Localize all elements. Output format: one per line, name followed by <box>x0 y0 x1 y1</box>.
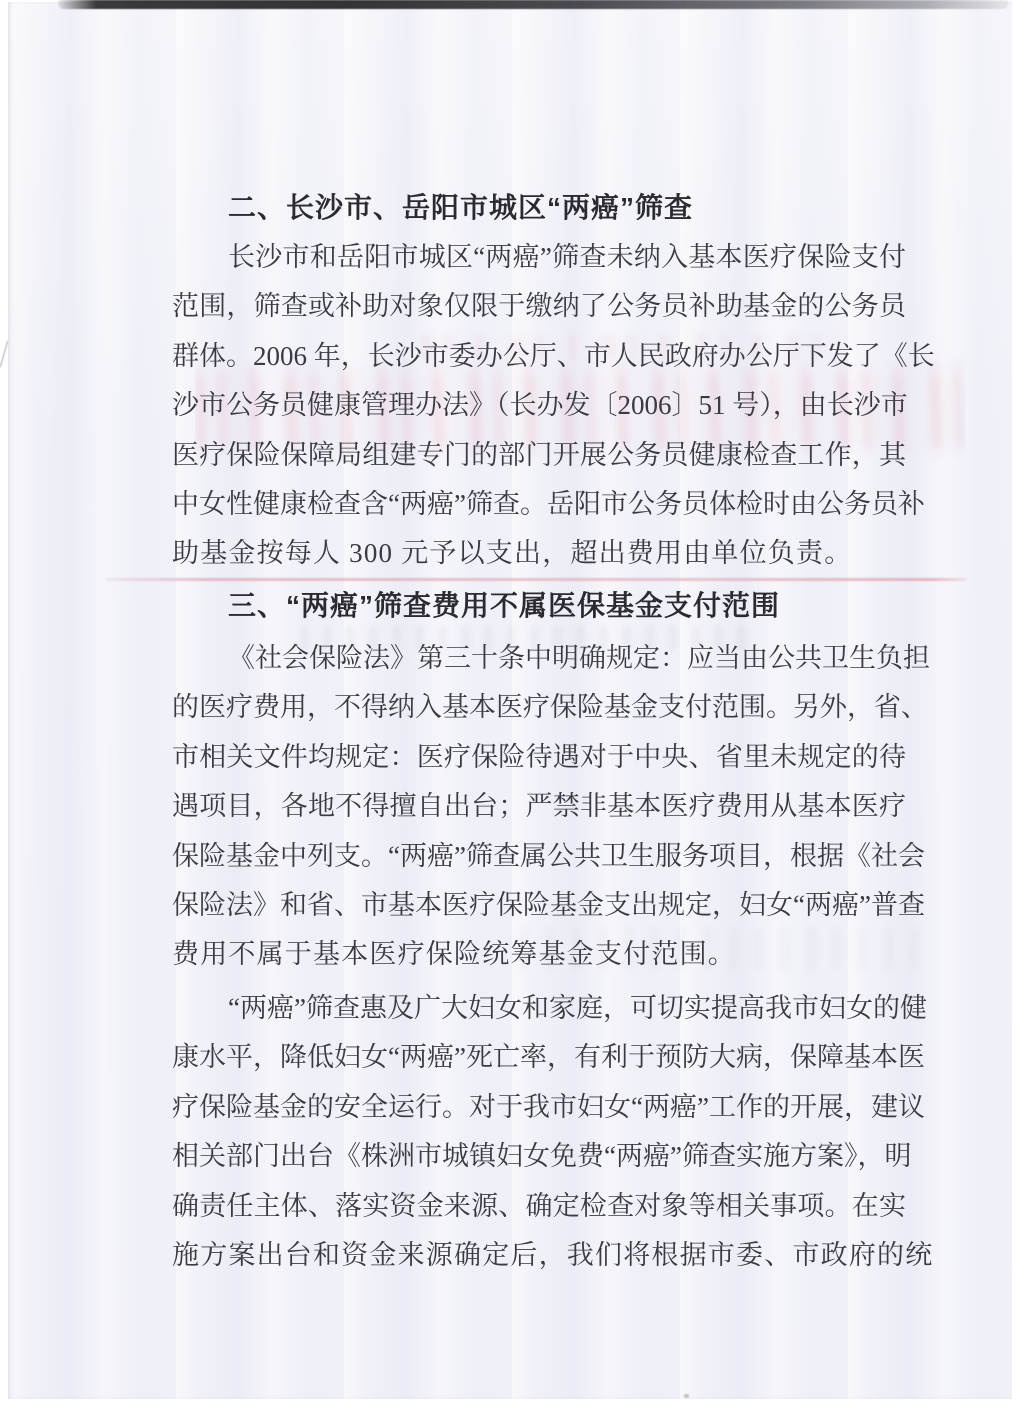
text-line: 施方案出台和资金来源确定后，我们将根据市委、市政府的统 <box>172 1231 906 1280</box>
text-line: 医疗保险保障局组建专门的部门开展公务员健康检查工作，其 <box>172 431 906 480</box>
paragraph-3: “两癌”筛查惠及广大妇女和家庭，可切实提高我市妇女的健康水平，降低妇女“两癌”死… <box>172 984 906 1280</box>
dust-speck <box>684 1394 689 1398</box>
text-line: 的医疗费用，不得纳入基本医疗保险基金支付范围。另外，省、 <box>172 683 906 732</box>
text-line: 相关部门出台《株洲市城镇妇女免费“两癌”筛查实施方案》，明 <box>172 1132 906 1181</box>
text-line: 中女性健康检查含“两癌”筛查。岳阳市公务员体检时由公务员补 <box>172 480 906 529</box>
text-line: 助基金按每人 300 元予以支出，超出费用由单位负责。 <box>172 529 906 578</box>
section-heading-2: 二、长沙市、岳阳市城区“两癌”筛查 <box>228 190 693 226</box>
scan-top-edge-shadow <box>58 0 1008 9</box>
text-line: 保险基金中列支。“两癌”筛查属公共卫生服务项目，根据《社会 <box>172 832 906 881</box>
text-line: 遇项目，各地不得擅自出台；严禁非基本医疗费用从基本医疗 <box>172 782 906 831</box>
text-line: 群体。2006 年，长沙市委办公厅、市人民政府办公厅下发了《长 <box>172 332 906 381</box>
paragraph-2: 《社会保险法》第三十条中明确规定：应当由公共卫生负担的医疗费用，不得纳入基本医疗… <box>172 634 906 980</box>
text-line: 《社会保险法》第三十条中明确规定：应当由公共卫生负担 <box>172 634 906 683</box>
text-line: “两癌”筛查惠及广大妇女和家庭，可切实提高我市妇女的健 <box>172 984 906 1033</box>
text-line: 保险法》和省、市基本医疗保险基金支出规定，妇女“两癌”普查 <box>172 881 906 930</box>
text-line: 范围，筛查或补助对象仅限于缴纳了公务员补助基金的公务员 <box>172 282 906 331</box>
scanned-document: 二、长沙市、岳阳市城区“两癌”筛查 长沙市和岳阳市城区“两癌”筛查未纳入基本医疗… <box>0 0 1024 1408</box>
text-line: 疗保险基金的安全运行。对于我市妇女“两癌”工作的开展，建议 <box>172 1083 906 1132</box>
text-line: 康水平，降低妇女“两癌”死亡率，有利于预防大病，保障基本医 <box>172 1033 906 1082</box>
text-line: 费用不属于基本医疗保险统筹基金支付范围。 <box>172 930 906 979</box>
text-line: 长沙市和岳阳市城区“两癌”筛查未纳入基本医疗保险支付 <box>172 233 906 282</box>
text-line: 沙市公务员健康管理办法》（长办发〔2006〕51 号），由长沙市 <box>172 381 906 430</box>
text-line: 确责任主体、落实资金来源、确定检查对象等相关事项。在实 <box>172 1182 906 1231</box>
section-heading-3: 三、“两癌”筛查费用不属医保基金支付范围 <box>228 588 780 624</box>
paragraph-1: 长沙市和岳阳市城区“两癌”筛查未纳入基本医疗保险支付范围，筛查或补助对象仅限于缴… <box>172 233 906 579</box>
text-line: 市相关文件均规定：医疗保险待遇对于中央、省里未规定的待 <box>172 733 906 782</box>
